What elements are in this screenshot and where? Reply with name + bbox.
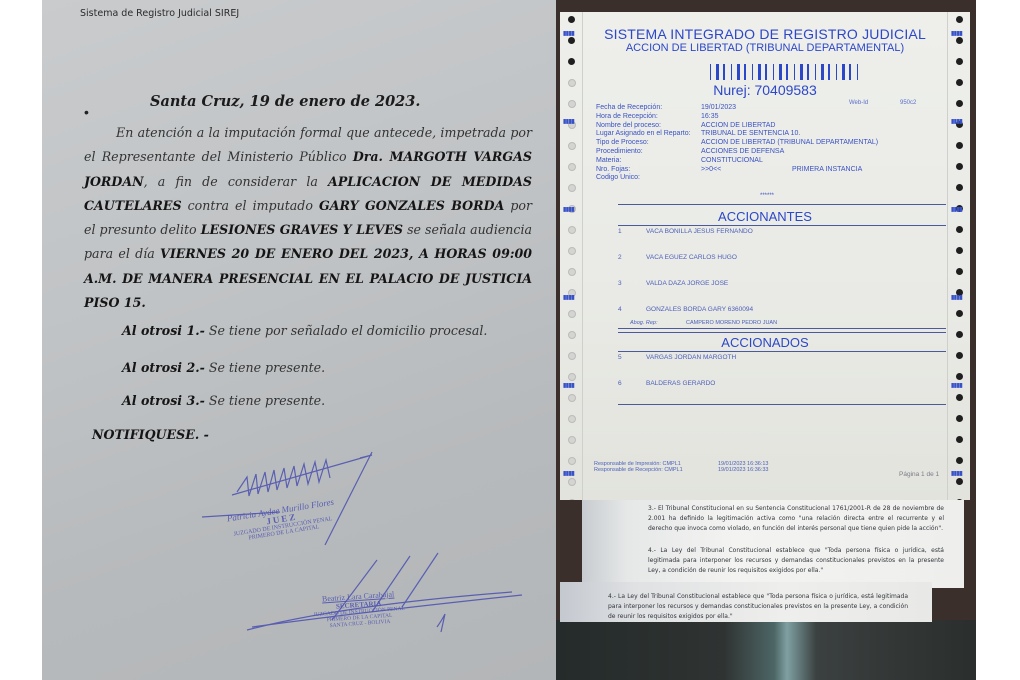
party-row: 5VARGAS JORDAN MARGOTH [618, 354, 736, 361]
feed-mark-icon: ▮▮▮▮ [951, 382, 962, 389]
feed-mark-icon: ▮▮▮▮ [951, 470, 962, 477]
field-value: ACCION DE LIBERTAD (TRIBUNAL DEPARTAMENT… [701, 138, 878, 147]
accionantes-heading: ACCIONANTES [560, 209, 970, 224]
court-order-document: Sistema de Registro Judicial SIREJ • San… [42, 0, 556, 680]
feed-hole-icon [956, 415, 963, 422]
form-field-row: Procedimiento:ACCIONES DE DEFENSA [596, 147, 784, 156]
field-label: Tipo de Proceso: [596, 138, 701, 147]
form-field-row: Codigo Unico: [596, 173, 701, 182]
feed-hole-icon [956, 394, 963, 401]
feed-hole-icon [956, 247, 963, 254]
form-subtitle: ACCION DE LIBERTAD (TRIBUNAL DEPARTAMENT… [560, 42, 970, 54]
form-field-row: Materia:CONSTITUCIONAL [596, 156, 763, 165]
accionados-heading: ACCIONADOS [560, 335, 970, 350]
field-label: Lugar Asignado en el Reparto: [596, 129, 701, 138]
legal-paragraph-4-copy: 4.- La Ley del Tribunal Constitucional e… [608, 592, 908, 621]
feed-hole-icon [568, 226, 576, 234]
field-label: Procedimiento: [596, 147, 701, 156]
page-indicator: Página 1 de 1 [899, 471, 939, 478]
feed-mark-icon: ▮▮▮▮ [563, 470, 574, 477]
stars-mark: ****** [760, 193, 774, 199]
instance-label: PRIMERA INSTANCIA [792, 165, 862, 174]
feed-hole-icon [956, 478, 963, 485]
feed-hole-icon [956, 436, 963, 443]
field-value: 19/01/2023 [701, 103, 736, 112]
feed-hole-icon [568, 100, 576, 108]
feed-hole-icon [956, 499, 963, 500]
signatures-drawing [42, 0, 556, 680]
party-row: 1VACA BONILLA JESUS FERNANDO [618, 228, 753, 235]
feed-mark-icon: ▮▮▮▮ [951, 118, 962, 125]
feed-hole-icon [568, 478, 576, 486]
feed-mark-icon: ▮▮▮▮ [563, 294, 574, 301]
party-name: VACA BONILLA JESUS FERNANDO [646, 228, 753, 235]
abogado-label: Abog. Rep: [630, 320, 658, 326]
legal-paragraph-4: 4.- La Ley del Tribunal Constitucional e… [648, 546, 944, 575]
form-field-row: Hora de Recepción:16:35 [596, 112, 719, 121]
party-name: VALDA DAZA JORGE JOSE [646, 280, 728, 287]
barcode-icon [710, 64, 862, 80]
field-value: TRIBUNAL DE SENTENCIA 10. [701, 129, 800, 138]
form-field-row: Lugar Asignado en el Reparto:TRIBUNAL DE… [596, 129, 800, 138]
feed-mark-icon: ▮▮▮▮ [563, 382, 574, 389]
feed-hole-icon [956, 310, 963, 317]
nurej-number: Nurej: 70409583 [560, 82, 970, 98]
footer-recepcion-label: Responsable de Recepción: CMPL1 [594, 467, 683, 474]
web-id-label: Web-Id [849, 100, 868, 106]
feed-hole-icon [568, 436, 576, 444]
divider [618, 204, 946, 205]
feed-hole-icon [568, 352, 576, 360]
feed-hole-icon [568, 499, 576, 500]
party-name: VARGAS JORDAN MARGOTH [646, 354, 736, 361]
field-value: ACCIONES DE DEFENSA [701, 147, 784, 156]
field-label: Hora de Recepción: [596, 112, 701, 121]
feed-hole-icon [568, 247, 576, 255]
feed-hole-icon [568, 373, 576, 381]
field-label: Nombre del proceso: [596, 121, 701, 130]
party-name: GONZALES BORDA GARY 6360094 [646, 306, 753, 313]
form-field-row: Nro. Fojas:>>0<< [596, 165, 721, 174]
legal-brief-sheet-lower: 4.- La Ley del Tribunal Constitucional e… [560, 582, 932, 622]
form-field-row: Fecha de Recepción:19/01/2023 [596, 103, 736, 112]
feed-hole-icon [568, 310, 576, 318]
feed-hole-icon [956, 142, 963, 149]
party-row: 6BALDERAS GERARDO [618, 380, 715, 387]
feed-mark-icon: ▮▮▮▮ [563, 118, 574, 125]
feed-hole-icon [568, 457, 576, 465]
web-id-value: 950c2 [900, 100, 916, 106]
party-number: 1 [618, 228, 646, 235]
field-label: Fecha de Recepción: [596, 103, 701, 112]
feed-hole-icon [956, 100, 963, 107]
form-field-row: Nombre del proceso:ACCION DE LIBERTAD [596, 121, 775, 130]
party-name: VACA EGUEZ CARLOS HUGO [646, 254, 737, 261]
field-label: Nro. Fojas: [596, 165, 701, 174]
feed-hole-icon [956, 163, 963, 170]
divider [618, 225, 946, 226]
feed-hole-icon [568, 394, 576, 402]
party-row: 3VALDA DAZA JORGE JOSE [618, 280, 728, 287]
feed-hole-icon [568, 268, 576, 276]
feed-hole-icon [956, 268, 963, 275]
party-row: 2VACA EGUEZ CARLOS HUGO [618, 254, 737, 261]
party-number: 2 [618, 254, 646, 261]
party-number: 5 [618, 354, 646, 361]
field-label: Codigo Unico: [596, 173, 701, 182]
form-field-row: Tipo de Proceso:ACCION DE LIBERTAD (TRIB… [596, 138, 878, 147]
feed-hole-icon [956, 226, 963, 233]
party-row: 4GONZALES BORDA GARY 6360094 [618, 306, 753, 313]
feed-hole-icon [568, 142, 576, 150]
divider [618, 328, 946, 333]
party-name: BALDERAS GERARDO [646, 380, 715, 387]
abogado-value: CAMPERO MORENO PEDRO JUAN [686, 320, 777, 326]
field-value: CONSTITUCIONAL [701, 156, 763, 165]
feed-mark-icon: ▮▮▮▮ [951, 294, 962, 301]
field-value: ACCION DE LIBERTAD [701, 121, 775, 130]
legal-paragraph-3: 3.- El Tribunal Constitucional en su Sen… [648, 504, 944, 533]
feed-hole-icon [956, 184, 963, 191]
feed-hole-icon [956, 457, 963, 464]
field-label: Materia: [596, 156, 701, 165]
feed-hole-icon [568, 16, 575, 23]
feed-hole-icon [956, 16, 963, 23]
feed-hole-icon [956, 58, 963, 65]
feed-hole-icon [568, 184, 576, 192]
field-value: >>0<< [701, 165, 721, 174]
divider [618, 404, 946, 405]
floor-area [556, 620, 976, 680]
feed-hole-icon [956, 352, 963, 359]
party-number: 3 [618, 280, 646, 287]
registry-form: ▮▮▮▮▮▮▮▮▮▮▮▮▮▮▮▮▮▮▮▮▮▮▮▮ ▮▮▮▮▮▮▮▮▮▮▮▮▮▮▮… [560, 12, 970, 500]
feed-hole-icon [956, 373, 963, 380]
feed-hole-icon [568, 163, 576, 171]
field-value: 16:35 [701, 112, 719, 121]
party-number: 4 [618, 306, 646, 313]
feed-hole-icon [568, 415, 576, 423]
feed-hole-icon [568, 58, 575, 65]
party-number: 6 [618, 380, 646, 387]
form-title: SISTEMA INTEGRADO DE REGISTRO JUDICIAL [560, 26, 970, 42]
divider [618, 351, 946, 352]
legal-brief-sheet: por si o por cualquiera a su nombre sin … [582, 490, 964, 588]
footer-recepcion-time: 19/01/2023 16:36:33 [718, 467, 768, 474]
